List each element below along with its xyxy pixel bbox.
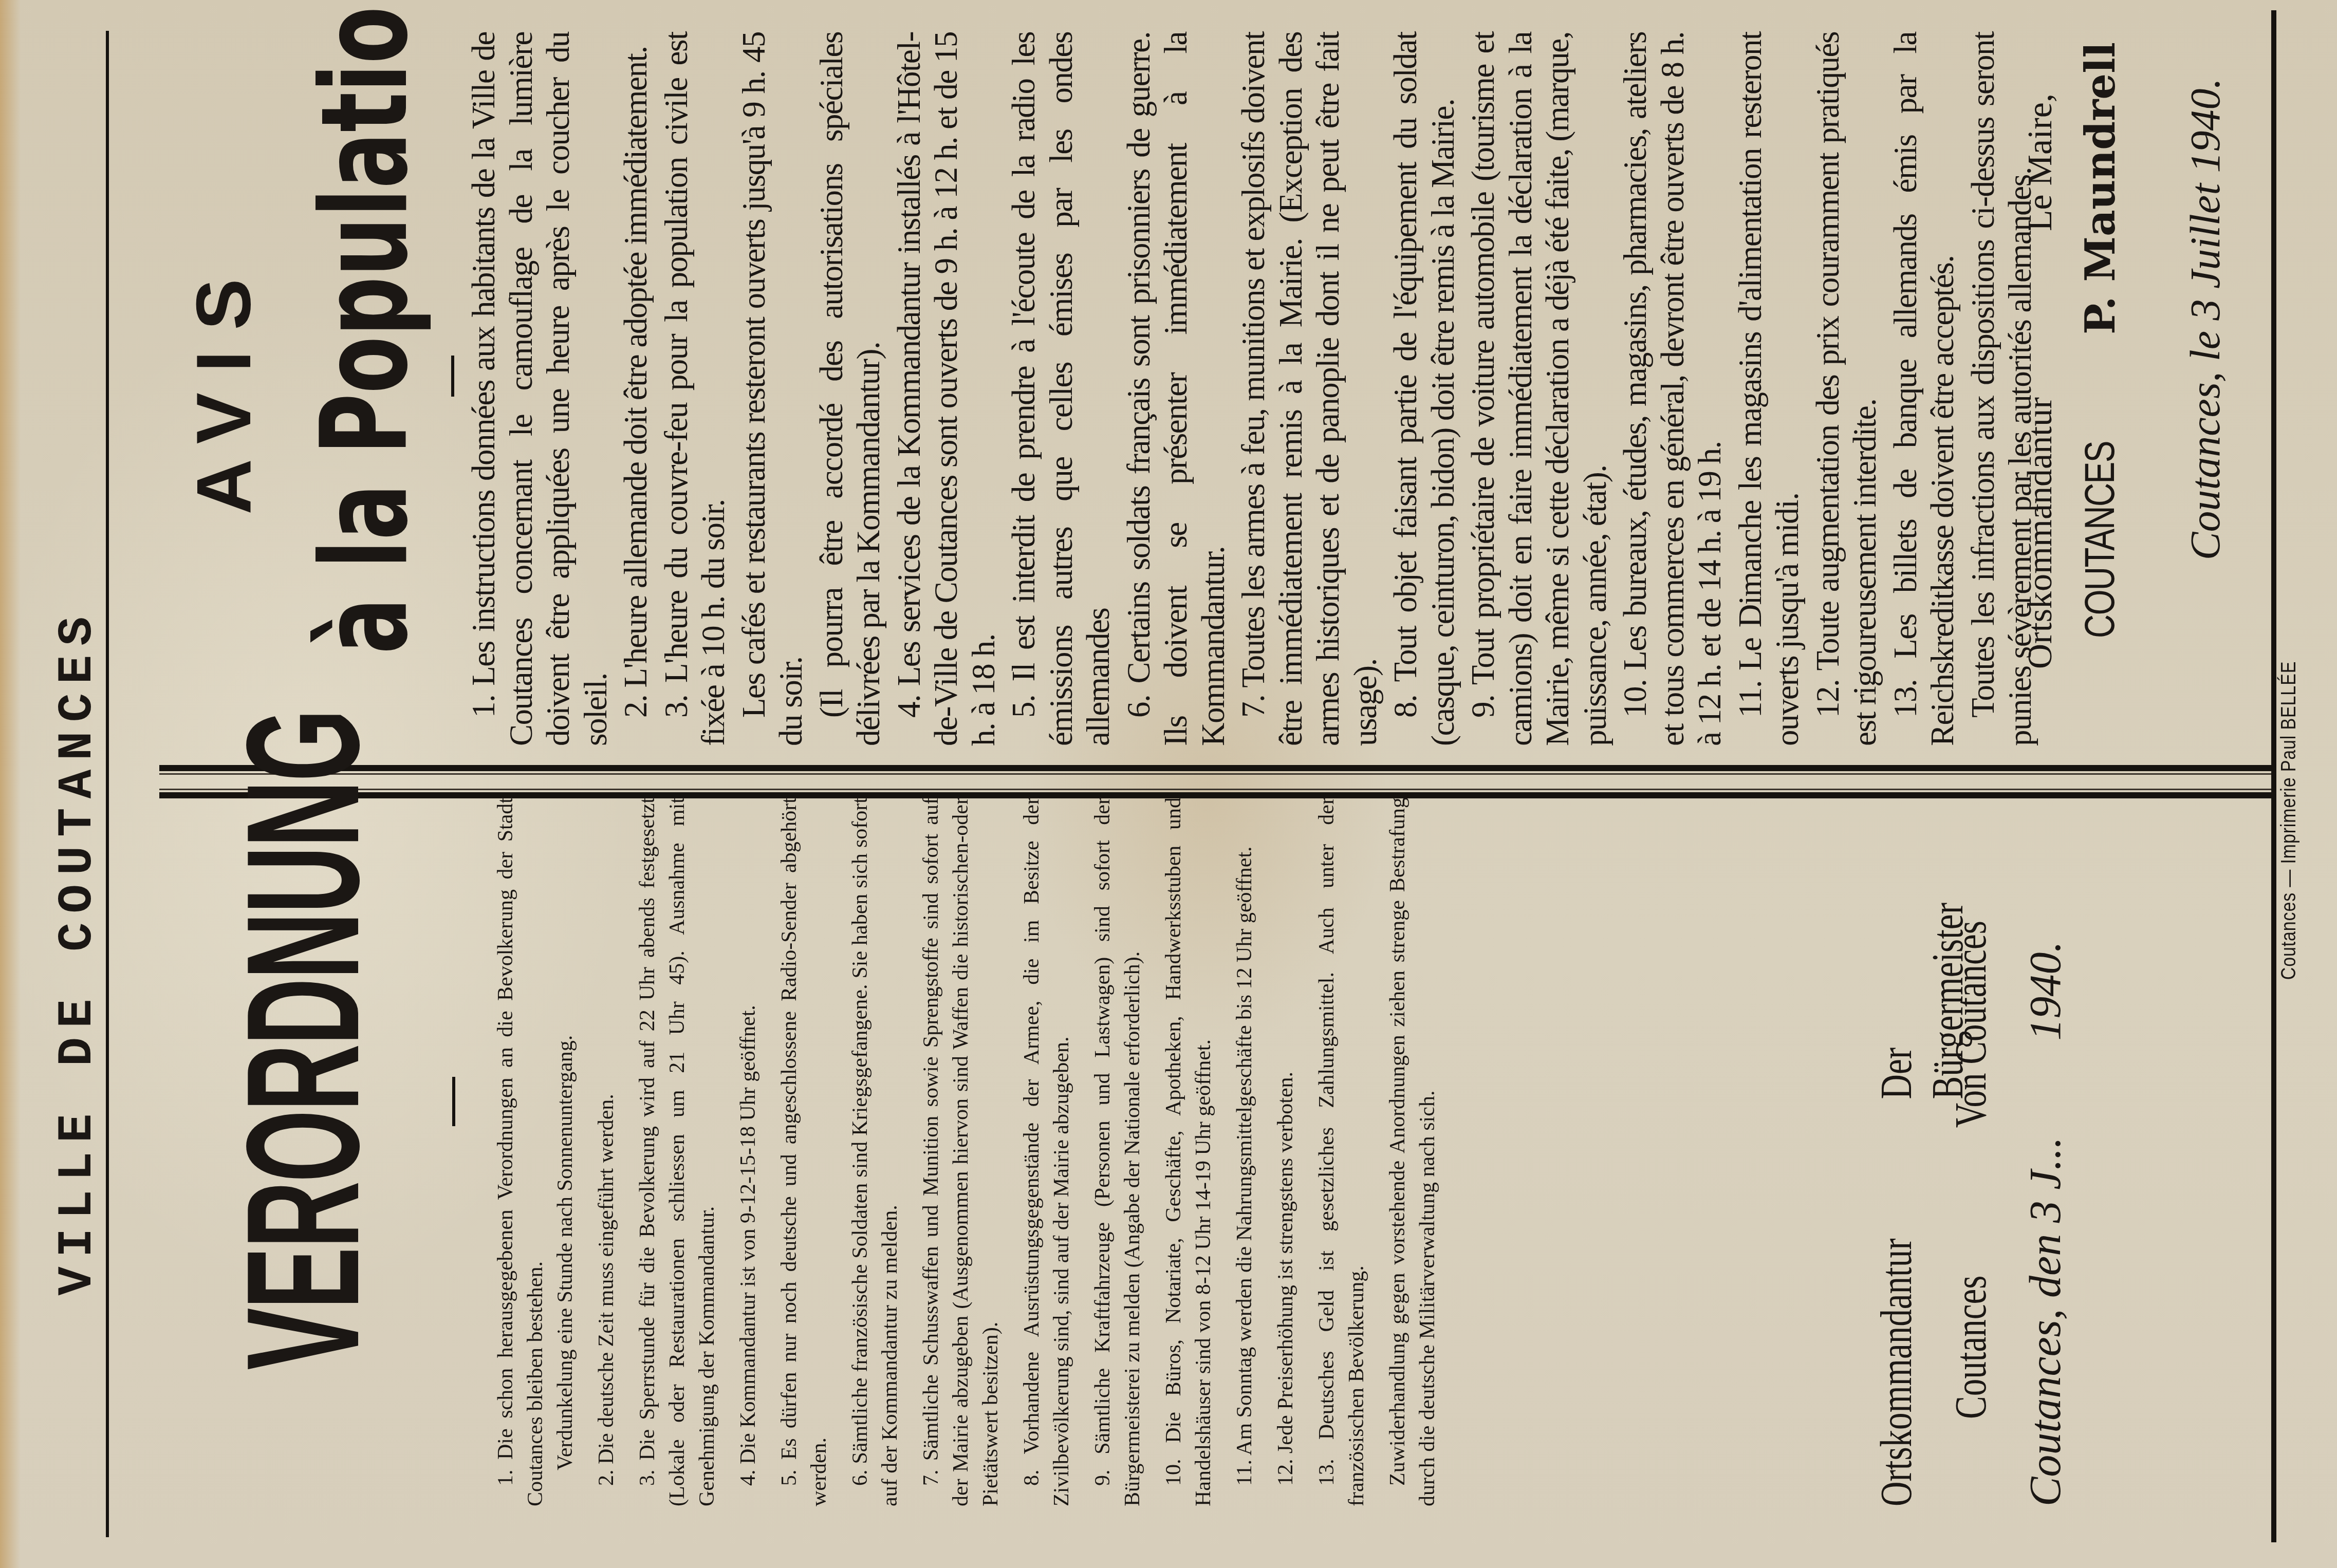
- french-date: Coutances, le 3 Juillet 1940.: [2181, 78, 2230, 746]
- title-rule: [452, 1077, 455, 1126]
- french-title: AVIS: [185, 22, 262, 751]
- french-paragraph: 1. Les instructions données aux habitant…: [465, 32, 614, 746]
- french-signature-names: COUTANCES P. Maundrell: [2076, 32, 2124, 746]
- french-signature-titles: Ortskommandantur Le Maire,: [2019, 32, 2060, 746]
- german-paragraph: 9. Sämtliche Kraftfahrzeuge (Personen un…: [1088, 797, 1147, 1506]
- title-rule: [451, 356, 454, 397]
- french-paragraph: (Il pourra être accordé des autorisation…: [813, 32, 887, 746]
- german-paragraph: 3. Die Sperrstunde für die Bevolkerung w…: [633, 797, 722, 1506]
- german-paragraph: 12. Jede Preiserhöhung ist strengstens v…: [1271, 797, 1301, 1506]
- town-title: VILLE DE COUTANCES: [54, 412, 103, 1491]
- german-date: Coutances, den 3 J... 1940.: [2019, 941, 2071, 1506]
- german-date-place: Coutances, den 3 J...: [2019, 1137, 2071, 1506]
- french-paragraph: 8. Tout objet faisant partie de l'équipe…: [1387, 32, 1461, 746]
- printer-imprint: Coutances — Imprimerie Paul BELLÉE: [2277, 613, 2303, 1028]
- french-paragraph: 6. Certains soldats français sont prison…: [1120, 32, 1232, 746]
- german-paragraph: 4. Die Kommandantur ist von 9-12-15-18 U…: [733, 797, 763, 1506]
- french-signature-right: Le Maire,: [2019, 94, 2060, 231]
- german-place-left: Coutances: [1945, 1276, 1996, 1419]
- german-title: VERORDNUNG: [226, 965, 380, 1370]
- header-rule: [106, 31, 109, 1537]
- german-body: 1. Die schon herausgegebenen Verordnunge…: [491, 797, 1454, 1506]
- german-paragraph: 10. Die Büros, Notariate, Geschäfte, Apo…: [1159, 797, 1218, 1506]
- german-paragraph: 6. Sämtliche französische Soldaten sind …: [845, 797, 905, 1506]
- french-paragraph: 11. Le Dimanche les magasins d'alimentat…: [1732, 32, 1806, 746]
- french-signature-place: COUTANCES: [2076, 441, 2124, 638]
- french-paragraph: 5. Il est interdit de prendre à l'écoute…: [1005, 32, 1117, 746]
- french-subtitle: à la Population: [288, 129, 442, 654]
- center-divider: [159, 789, 2271, 790]
- french-paragraph: 3. L'heure du couvre-feu pour la populat…: [658, 32, 732, 746]
- french-paragraph: 7. Toutes les armes à feu, munitions et …: [1235, 32, 1384, 746]
- poster: VILLE DE COUTANCES VERORDNUNG 1. Die sch…: [0, 0, 2337, 1568]
- german-paragraph: 1. Die schon herausgegebenen Verordnunge…: [491, 797, 550, 1506]
- german-paragraph: 7. Sämtliche Schusswaffen und Munition s…: [916, 797, 1006, 1506]
- german-date-year: 1940.: [2019, 941, 2071, 1041]
- german-paragraph: 11. Am Sonntag werden die Nahrungsmittel…: [1230, 797, 1259, 1506]
- french-paragraph: 10. Les bureaux, études, magasins, pharm…: [1617, 32, 1729, 746]
- french-paragraph: 13. Les billets de banque allemands émis…: [1887, 32, 1961, 746]
- footer-rule: [2271, 10, 2276, 1542]
- german-paragraph: Verdunkelung eine Stunde nach Sonnenunte…: [550, 797, 580, 1506]
- mayor-name: P. Maundrell: [2076, 42, 2124, 334]
- french-body: 1. Les instructions données aux habitant…: [465, 32, 2042, 746]
- french-paragraph: 9. Tout propriétaire de voiture automobi…: [1464, 32, 1613, 746]
- german-paragraph: 2. Die deutsche Zeit muss eingeführt wer…: [591, 797, 621, 1506]
- german-paragraph: 13. Deutsches Geld ist gesetzliches Zahl…: [1312, 797, 1371, 1506]
- german-place-right: Von Coutances: [1945, 921, 1996, 1128]
- french-paragraph: 4. Les services de la Kommandantur insta…: [891, 32, 1003, 746]
- french-signature-left: Ortskommandantur: [2019, 397, 2060, 669]
- german-paragraph: 5. Es dürfen nur noch deutsche und anges…: [774, 797, 834, 1506]
- french-paragraph: 12. Toute augmentation des prix couramme…: [1809, 32, 1884, 746]
- center-divider: [159, 773, 2271, 775]
- german-paragraph: 8. Vorhandene Ausrüstungsgegenstände der…: [1017, 797, 1077, 1506]
- german-signature-places: Coutances Von Coutances: [1945, 838, 1996, 1506]
- german-paragraph: Zuwiderhandlung gegen vorstehende Anordn…: [1383, 797, 1442, 1506]
- center-divider: [159, 765, 2271, 771]
- french-paragraph: 2. L'heure allemande doit être adoptée i…: [617, 32, 655, 746]
- french-paragraph: Les cafés et restaurants resteront ouver…: [735, 32, 810, 746]
